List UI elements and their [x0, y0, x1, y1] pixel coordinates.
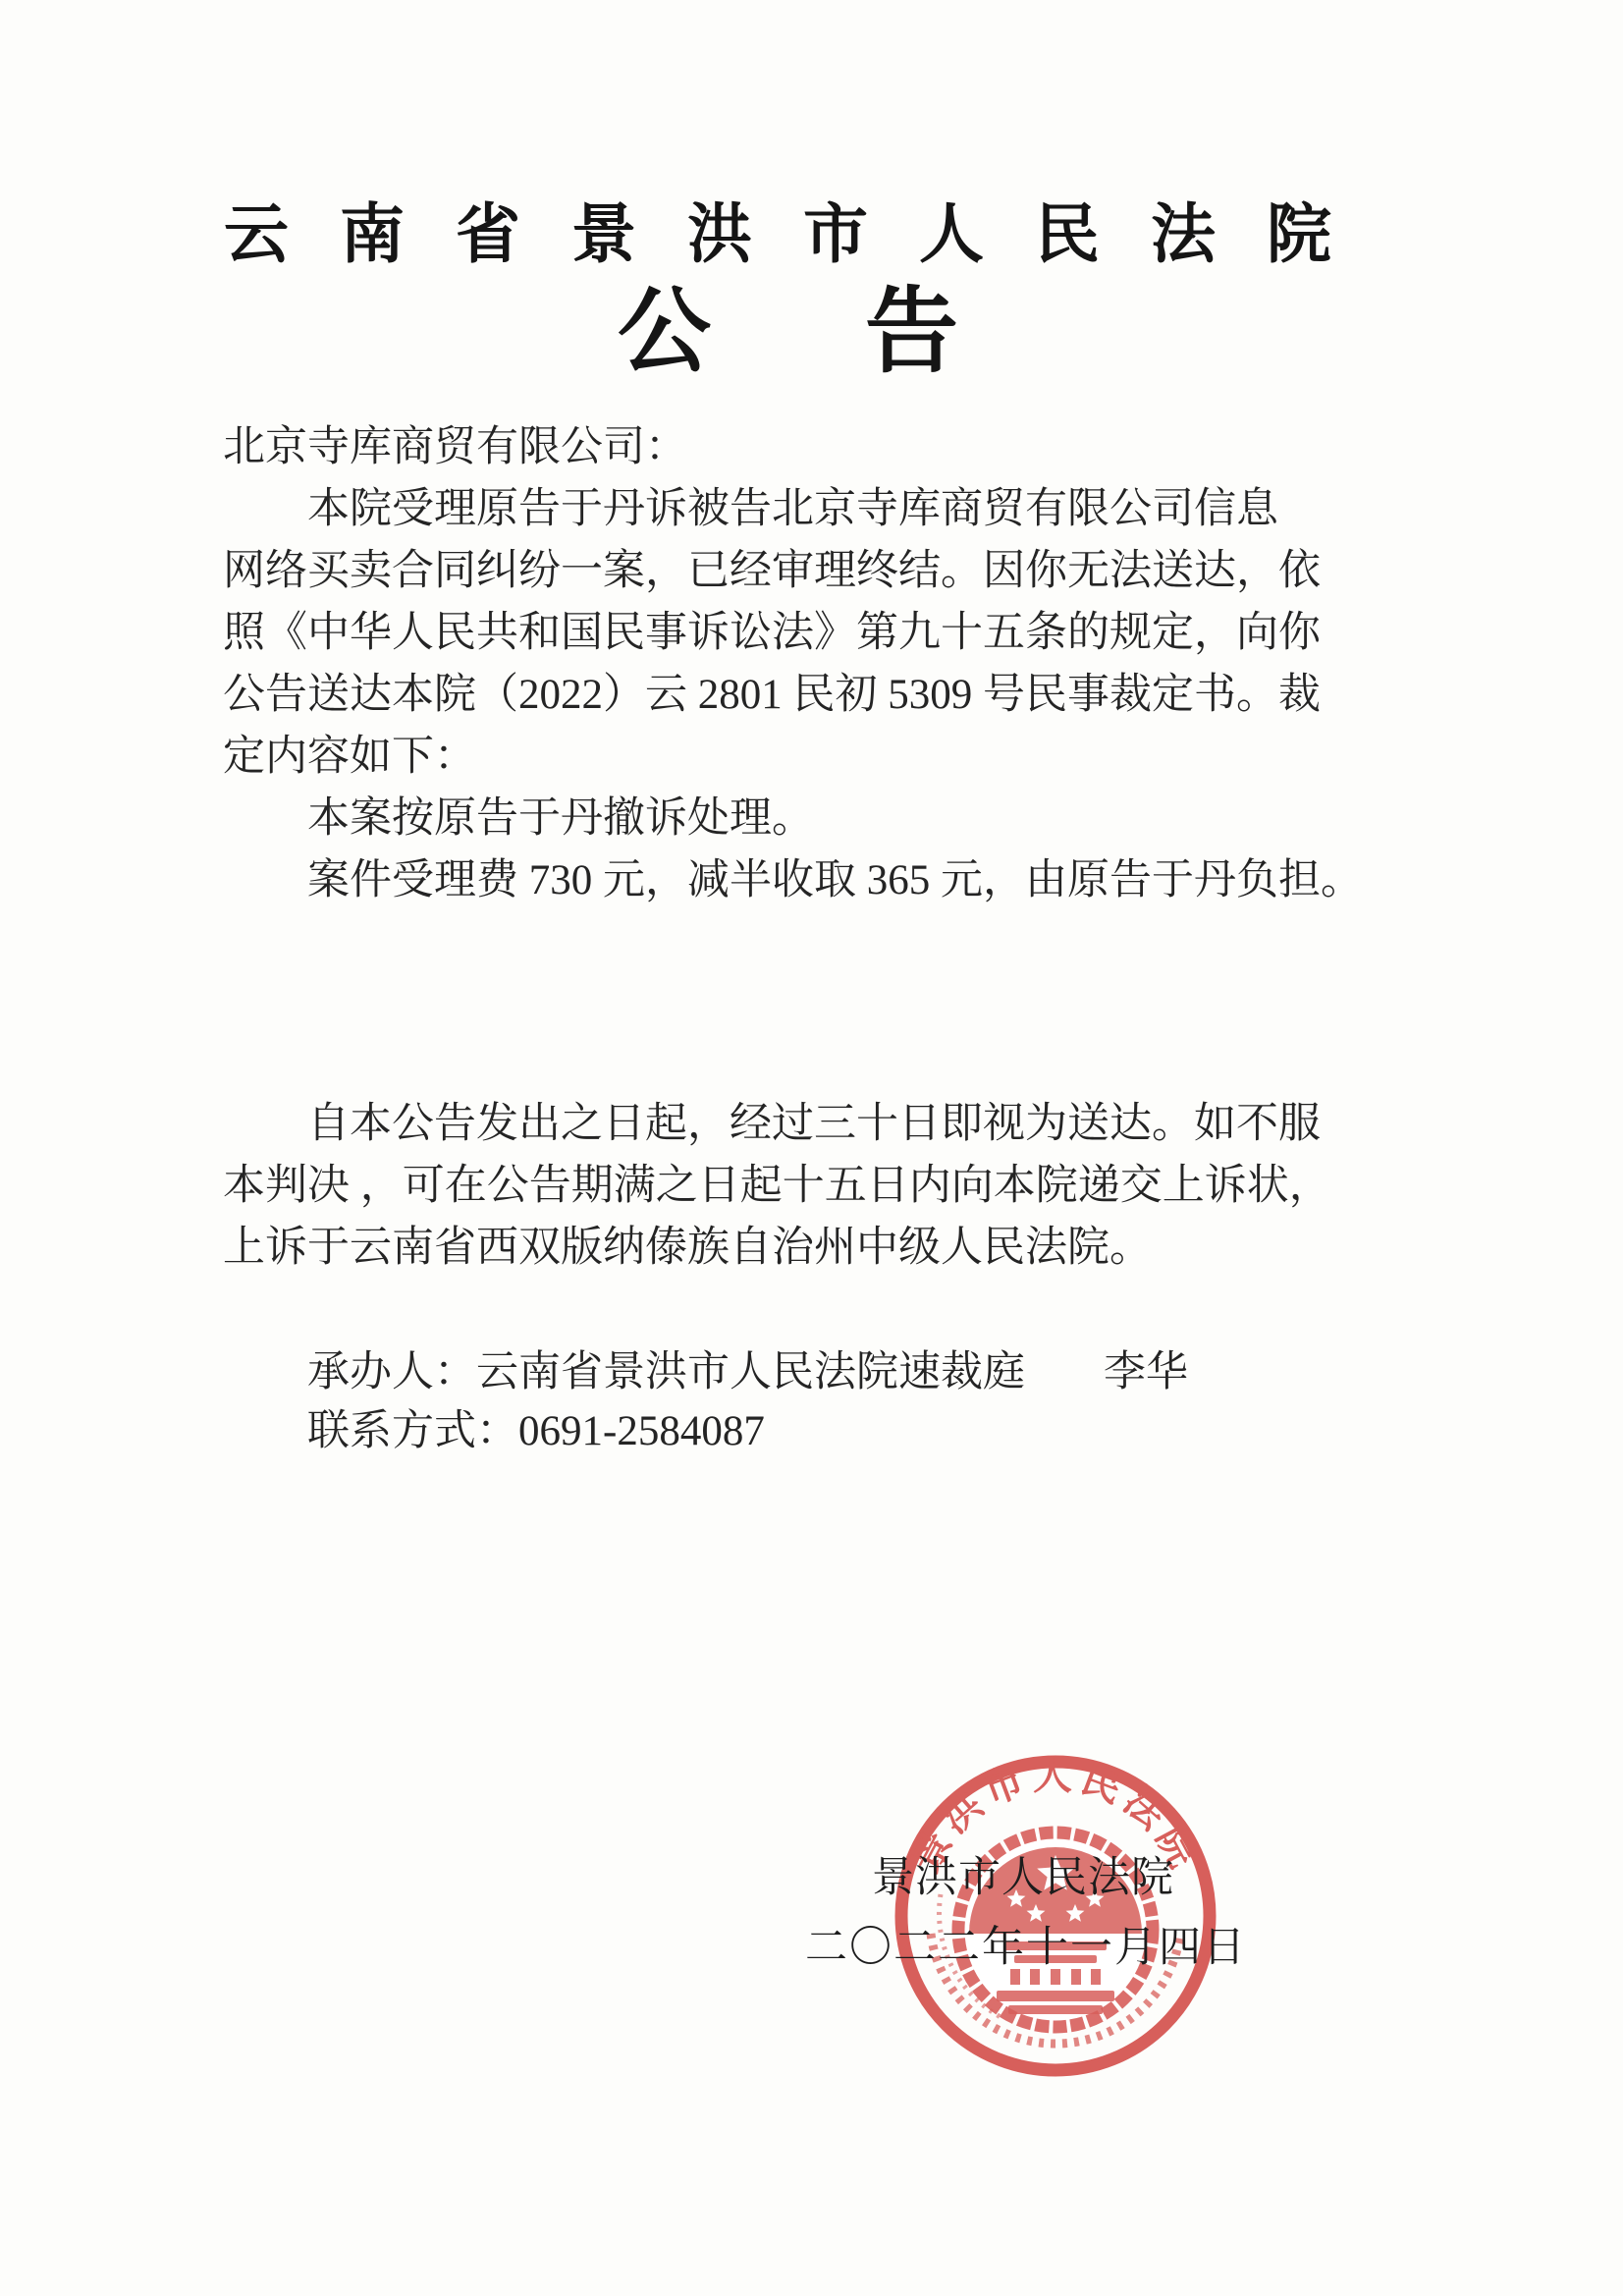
body-line: 自本公告发出之日起，经过三十日即视为送达。如不服: [223, 1093, 1489, 1155]
body-line: 公告送达本院（2022）云 2801 民初 5309 号民事裁定书。裁: [223, 664, 1489, 726]
ruling-line: 本案按原告于丹撤诉处理。: [223, 788, 1489, 849]
handler-line: 承办人：云南省景洪市人民法院速裁庭李华: [223, 1343, 1489, 1402]
notice-title: 公告: [618, 281, 1112, 384]
court-notice-document: 云南省景洪市人民法院 公告 北京寺库商贸有限公司： 本院受理原告于丹诉被告北京寺…: [0, 0, 1623, 2296]
handler-label: 承办人：云南省景洪市人民法院速裁庭: [307, 1349, 1025, 1395]
contact-line: 联系方式：0691-2584087: [223, 1402, 1489, 1461]
body-line: 本判决 ，可在公告期满之日起十五日内向本院递交上诉状，: [223, 1155, 1489, 1217]
body-line: 网络买卖合同纠纷一案，已经审理终结。因你无法送达，依: [223, 540, 1489, 602]
handler-name: 李华: [1104, 1349, 1188, 1395]
body-line: 本院受理原告于丹诉被告北京寺库商贸有限公司信息: [223, 478, 1489, 540]
body-line: 照《中华人民共和国民事诉讼法》第九十五条的规定，向你: [223, 602, 1489, 664]
signature-court-name: 景洪市人民法院: [872, 1844, 1174, 1904]
appeal-paragraph: 自本公告发出之日起，经过三十日即视为送达。如不服 本判决 ，可在公告期满之日起十…: [223, 1093, 1489, 1279]
fee-line: 案件受理费 730 元，减半收取 365 元，由原告于丹负担。: [223, 849, 1489, 911]
notice-body: 北京寺库商贸有限公司： 本院受理原告于丹诉被告北京寺库商贸有限公司信息 网络买卖…: [223, 416, 1489, 911]
body-line: 定内容如下：: [223, 726, 1489, 788]
body-line: 上诉于云南省西双版纳傣族自治州中级人民法院。: [223, 1217, 1489, 1279]
signature-date: 二〇二二年十一月四日: [805, 1914, 1247, 1974]
recipient-line: 北京寺库商贸有限公司：: [223, 416, 1489, 478]
contact-block: 承办人：云南省景洪市人民法院速裁庭李华 联系方式：0691-2584087: [223, 1343, 1489, 1461]
court-title: 云南省景洪市人民法院: [224, 202, 1382, 267]
